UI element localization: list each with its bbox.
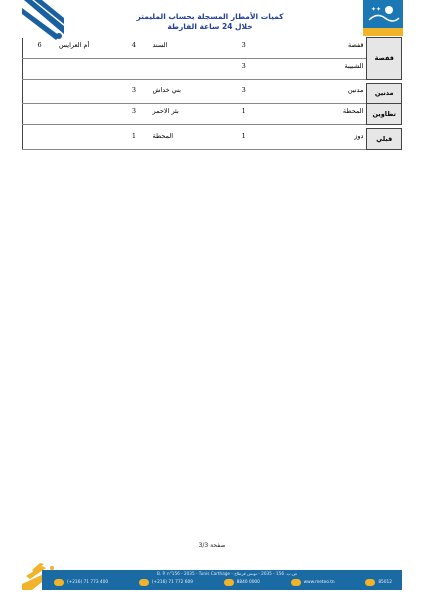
table-row: الشبيبة 3 bbox=[23, 58, 402, 79]
footer-address: B. P. n°156 - 2035 - Tunis Carthage - ص.… bbox=[62, 571, 392, 576]
table-row: تطاوين المحطة 1 بئر الاحمر 3 bbox=[23, 104, 402, 125]
table-row: قبلي دوز 1 المحطة 1 bbox=[23, 129, 402, 150]
value-cell: 4 bbox=[118, 38, 149, 59]
station-cell bbox=[56, 104, 118, 125]
value-cell: 3 bbox=[118, 83, 149, 104]
value-cell: 3 bbox=[239, 38, 274, 59]
contact-sms: 85012 bbox=[365, 579, 392, 586]
value-cell: 1 bbox=[118, 129, 149, 150]
station-cell: السند bbox=[150, 38, 239, 59]
value-cell: 1 bbox=[239, 104, 274, 125]
contact-text: (+216) 71 772 609 bbox=[152, 580, 193, 585]
emblem-stripe bbox=[363, 28, 403, 36]
value-cell bbox=[23, 83, 57, 104]
station-cell: المحطة bbox=[274, 104, 367, 125]
contact-text[interactable]: www.meteo.tn bbox=[304, 580, 335, 585]
governorate-cell: مدنين bbox=[367, 83, 402, 104]
station-cell: الشبيبة bbox=[274, 58, 367, 79]
station-cell: المحطة bbox=[150, 129, 239, 150]
svg-text:✦✦: ✦✦ bbox=[371, 6, 381, 13]
station-cell: قفصة bbox=[274, 38, 367, 59]
stripes-logo bbox=[20, 0, 65, 40]
footer: B. P. n°156 - 2035 - Tunis Carthage - ص.… bbox=[22, 562, 402, 590]
value-cell: 6 bbox=[23, 38, 57, 59]
station-cell bbox=[56, 129, 118, 150]
fax-icon bbox=[139, 579, 149, 586]
station-cell bbox=[150, 58, 239, 79]
value-cell bbox=[23, 104, 57, 125]
page-number: صفحة 3/3 bbox=[0, 542, 424, 549]
web-icon bbox=[291, 579, 301, 586]
contact-fax: (+216) 71 772 609 bbox=[139, 579, 193, 586]
hotline-icon bbox=[224, 579, 234, 586]
value-cell bbox=[23, 129, 57, 150]
value-cell: 1 bbox=[239, 129, 274, 150]
station-cell bbox=[56, 83, 118, 104]
station-cell: بني خداش bbox=[150, 83, 239, 104]
phone-icon bbox=[54, 579, 64, 586]
sms-icon bbox=[365, 579, 375, 586]
value-cell: 3 bbox=[239, 58, 274, 79]
governorate-cell: قفصة bbox=[367, 38, 402, 80]
station-cell: أم العرايس bbox=[56, 38, 118, 59]
footer-contacts: (+216) 71 773 400 (+216) 71 772 609 8840… bbox=[54, 579, 392, 586]
contact-web[interactable]: www.meteo.tn bbox=[291, 579, 335, 586]
contact-text: (+216) 71 773 400 bbox=[67, 580, 108, 585]
governorate-cell: قبلي bbox=[367, 129, 402, 150]
rainfall-table: قفصة قفصة 3 السند 4 أم العرايس 6 الشبيبة… bbox=[22, 37, 402, 150]
title-line-1: كميات الأمطار المسجلة بحساب المليمتر bbox=[110, 12, 310, 22]
contact-phone: (+216) 71 773 400 bbox=[54, 579, 108, 586]
value-cell: 3 bbox=[118, 104, 149, 125]
station-cell bbox=[56, 58, 118, 79]
table-row: قفصة قفصة 3 السند 4 أم العرايس 6 bbox=[23, 38, 402, 59]
station-cell: بئر الاحمر bbox=[150, 104, 239, 125]
table-row: مدنين مدنين 3 بني خداش 3 bbox=[23, 83, 402, 104]
title-line-2: خلال 24 ساعة الفارطة bbox=[110, 22, 310, 32]
station-cell: مدنين bbox=[274, 83, 367, 104]
governorate-cell: تطاوين bbox=[367, 104, 402, 125]
document-title: كميات الأمطار المسجلة بحساب المليمتر خلا… bbox=[110, 12, 310, 32]
station-cell: دوز bbox=[274, 129, 367, 150]
contact-hotline: 8840 0000 bbox=[224, 579, 260, 586]
institute-emblem: ✦✦ bbox=[363, 0, 403, 36]
contact-text: 8840 0000 bbox=[237, 580, 260, 585]
value-cell bbox=[23, 58, 57, 79]
value-cell: 3 bbox=[239, 83, 274, 104]
contact-text: 85012 bbox=[378, 580, 392, 585]
value-cell bbox=[118, 58, 149, 79]
